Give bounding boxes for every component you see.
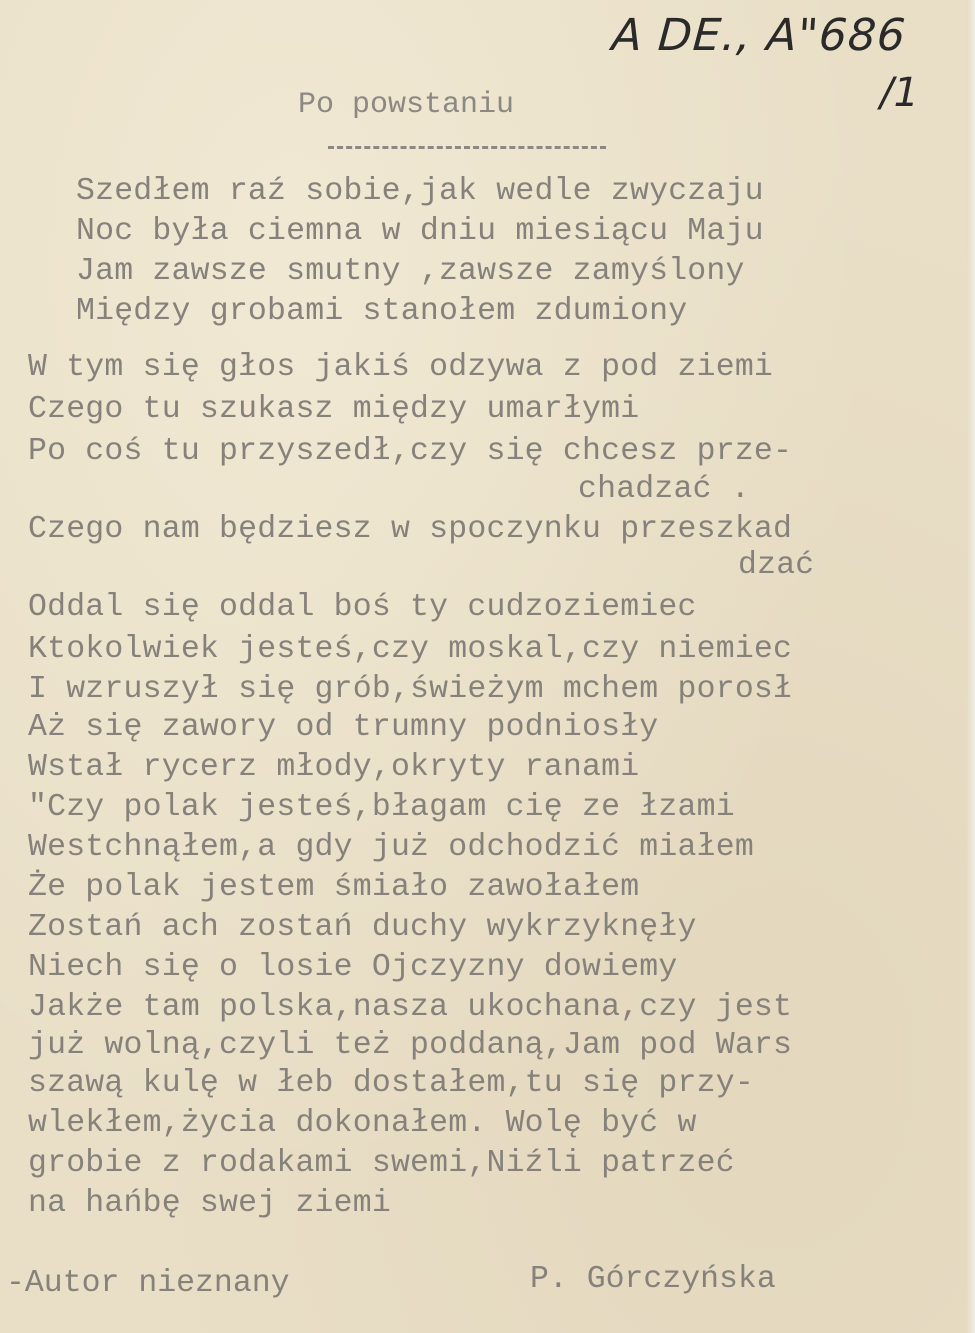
poem-line: na hańbę swej ziemi (28, 1188, 391, 1220)
contributor-name: P. Górczyńska (530, 1262, 776, 1297)
poem-line: grobie z rodakami swemi,Niźli patrzeć (28, 1148, 735, 1180)
poem-line: wlekłem,życia dokonałem. Wolę być w (28, 1108, 697, 1140)
archive-page-number-handwritten: /1 (880, 70, 919, 116)
poem-line: Po coś tu przyszedł,czy się chcesz prze- (28, 436, 792, 468)
author-attribution: -Autor nieznany (6, 1266, 290, 1301)
title-underline (328, 146, 606, 149)
stanza1-line-3: Jam zawsze smutny ,zawsze zamyślony (76, 256, 745, 288)
poem-line: Czego tu szukasz między umarłymi (28, 394, 639, 426)
poem-line: Czego nam będziesz w spoczynku przeszkad (28, 514, 792, 546)
poem-line: już wolną,czyli też poddaną,Jam pod Wars (28, 1030, 792, 1062)
stanza1-line-1: Szedłem raź sobie,jak wedle zwyczaju (76, 176, 764, 208)
poem-line: Niech się o losie Ojczyzny dowiemy (28, 952, 678, 984)
poem-line-continuation: chadzać . (578, 474, 750, 506)
poem-line: Jakże tam polska,nasza ukochana,czy jest (28, 992, 792, 1024)
poem-line: szawą kulę w łeb dostałem,tu się przy- (28, 1068, 754, 1100)
poem-line: Że polak jestem śmiało zawołałem (28, 872, 639, 904)
poem-line: Westchnąłem,a gdy już odchodzić miałem (28, 832, 754, 864)
poem-line: W tym się głos jakiś odzywa z pod ziemi (28, 352, 773, 384)
poem-line: Wstał rycerz młody,okryty ranami (28, 752, 639, 784)
poem-line: Zostań ach zostań duchy wykrzyknęły (28, 912, 697, 944)
poem-line: Ktokolwiek jesteś,czy moskal,czy niemiec (28, 634, 792, 666)
poem-line: Oddal się oddal boś ty cudzoziemiec (28, 592, 697, 624)
poem-line: I wzruszył się grób,świeżym mchem porosł (28, 674, 792, 706)
stanza1-line-4: Między grobami stanołem zdumiony (76, 296, 687, 328)
poem-line: "Czy polak jesteś,błagam cię ze łzami (28, 792, 735, 824)
poem-line-continuation: dzać (738, 550, 814, 582)
poem-title: Po powstaniu (298, 88, 514, 122)
stanza1-line-2: Noc była ciemna w dniu miesiącu Maju (76, 216, 764, 248)
paper-edge (967, 0, 975, 1333)
archive-signature-handwritten: A DE., A"686 (610, 10, 908, 61)
poem-line: Aż się zawory od trumny podniosły (28, 712, 658, 744)
